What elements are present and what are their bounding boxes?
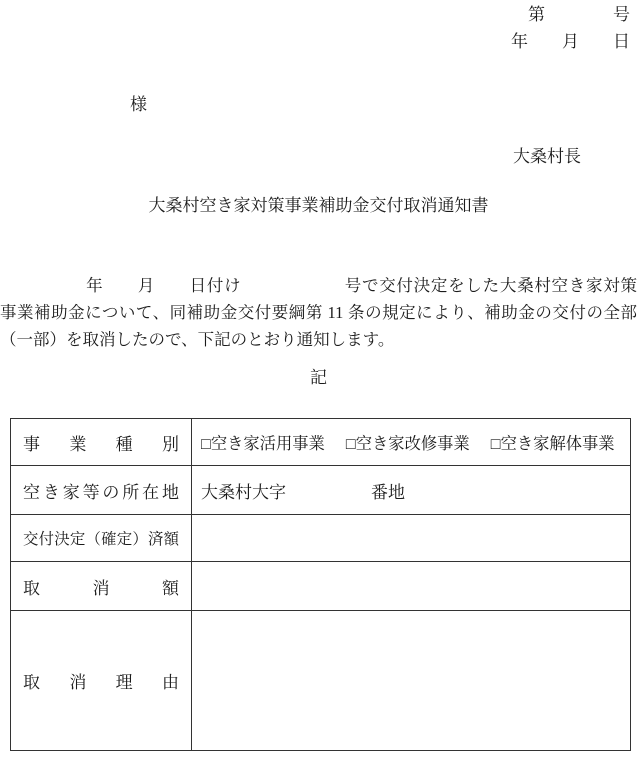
row-label-cancel-amount: 取消額 [11,562,192,611]
table-row-project-type: 事業種別 □空き家活用事業 □空き家改修事業 □空き家解体事業 [11,419,631,466]
checkbox-option-katsuyo: □空き家活用事業 [201,430,325,454]
document-header: 第 号 年 月 日 [511,1,630,55]
decided-amount-value [192,515,631,562]
document-title: 大桑村空き家対策事業補助金交付取消通知書 [0,192,637,219]
body-line: 事業補助金について、同補助金交付要綱第 11 条の規定により、補助金の交付の全部 [0,299,637,326]
row-label-project-type: 事業種別 [11,419,192,466]
row-label-cancel-reason: 取消理由 [11,611,192,751]
checkbox-option-kaishu: □空き家改修事業 [346,430,470,454]
checkbox-option-kaitai: □空き家解体事業 [491,430,615,454]
table-row-cancel-amount: 取消額 [11,562,631,611]
recipient-honorific: 様 [130,91,147,118]
table-row-location: 空き家等の所在地 大桑村大字 番地 [11,466,631,515]
row-label-decided-amount: 交付決定（確定）済額 [11,515,192,562]
body-paragraph: 年 月 日付け 号で交付決定をした大桑村空き家対策 事業補助金について、同補助金… [0,272,637,353]
body-line: 年 月 日付け 号で交付決定をした大桑村空き家対策 [0,272,637,299]
project-type-options: □空き家活用事業 □空き家改修事業 □空き家解体事業 [192,419,631,466]
record-marker: 記 [0,364,637,391]
doc-date: 年 月 日 [511,28,630,55]
doc-number: 第 号 [511,1,630,28]
table-row-decided-amount: 交付決定（確定）済額 [11,515,631,562]
table-row-cancel-reason: 取消理由 [11,611,631,751]
cancel-reason-value [192,611,631,751]
document-page: 第 号 年 月 日 様 大桑村長 大桑村空き家対策事業補助金交付取消通知書 年 … [0,0,637,763]
row-label-location: 空き家等の所在地 [11,466,192,515]
location-value: 大桑村大字 番地 [192,466,631,515]
cancel-amount-value [192,562,631,611]
body-line: （一部）を取消したので、下記のとおり通知します。 [0,326,637,353]
notice-table: 事業種別 □空き家活用事業 □空き家改修事業 □空き家解体事業 空き家等の所在地… [10,418,631,751]
sender-name: 大桑村長 [513,143,581,170]
